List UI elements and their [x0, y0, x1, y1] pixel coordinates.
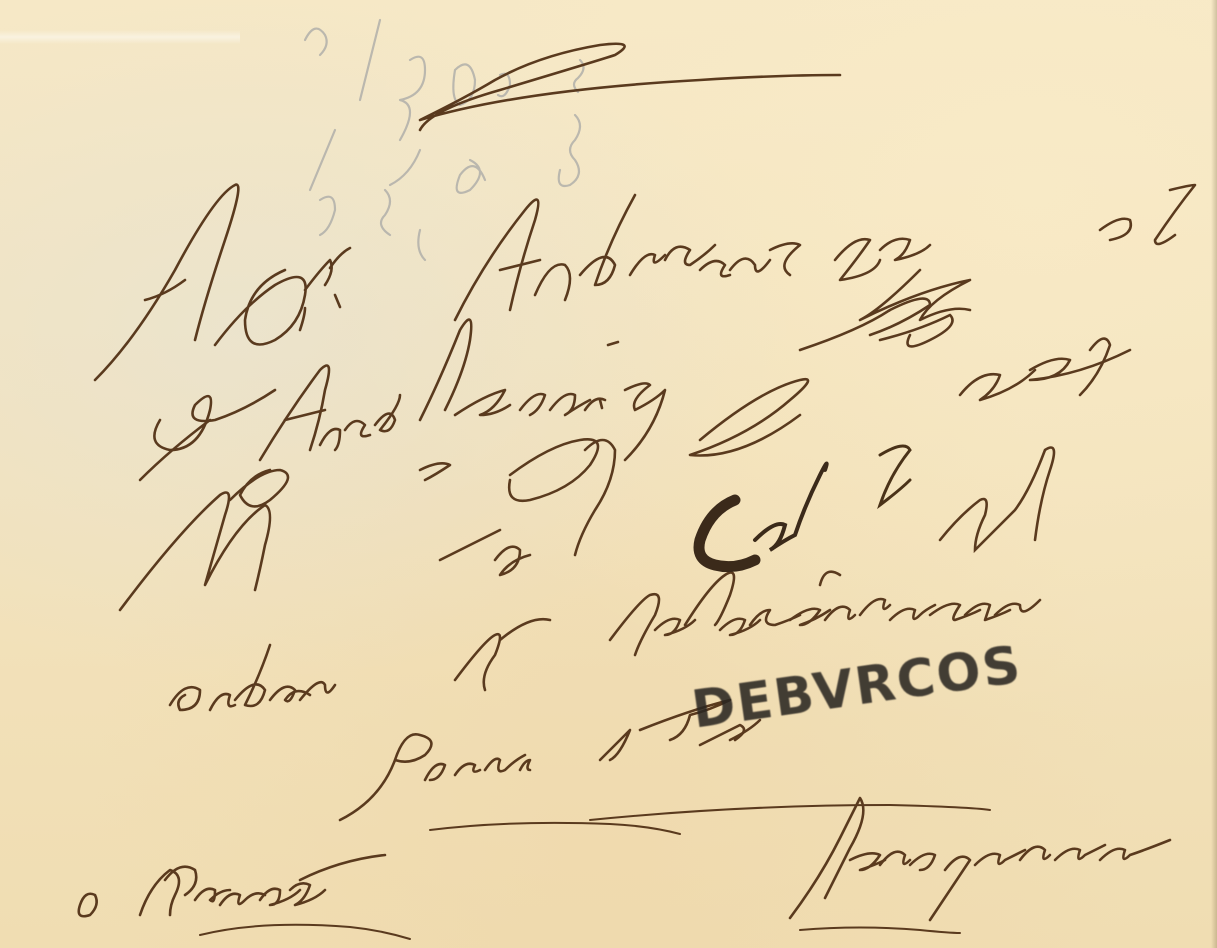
handwriting: [0, 0, 1217, 948]
heavy-ink-blot: [699, 446, 1054, 567]
letter-cover: DEBVRCOS A D.n Andres yg.n de Ansoategui…: [0, 0, 1217, 948]
